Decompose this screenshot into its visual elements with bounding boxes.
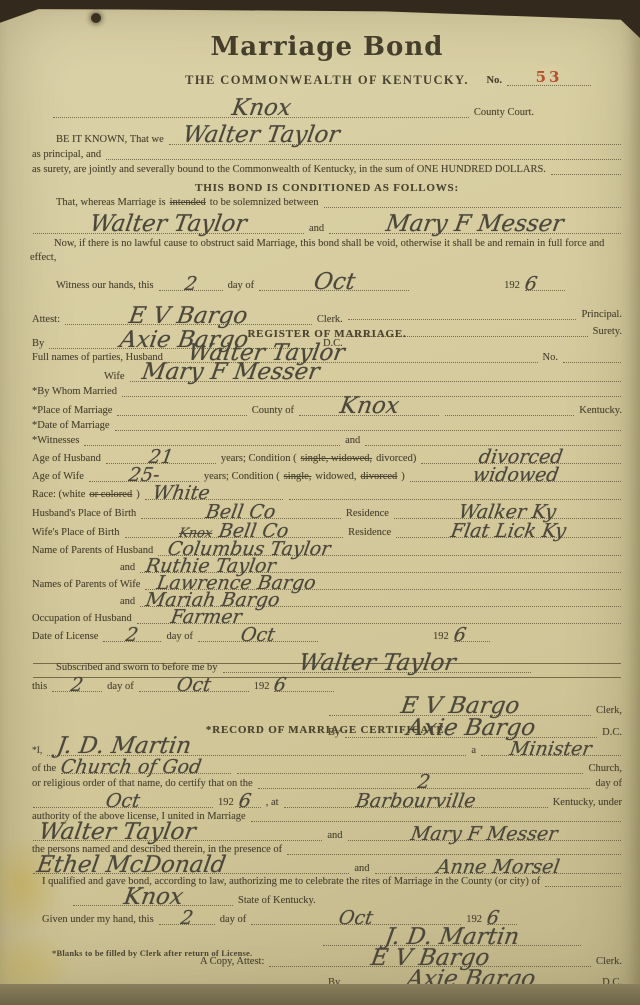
husband-birth-handwritten: Bell Co xyxy=(205,504,277,520)
license-day-line: 2 xyxy=(103,627,161,642)
scanned-marriage-bond: Marriage Bond THE COMMONWEALTH OF KENTUC… xyxy=(0,0,640,1005)
minister-title-line: Minister xyxy=(481,741,621,756)
void-clause: Now, if there is no lawful cause to obst… xyxy=(30,237,624,265)
license-year-line: 6 xyxy=(454,627,490,642)
church-name-handwritten: Church of God xyxy=(60,759,203,775)
and-label: and xyxy=(325,830,344,841)
age-husband-label: Age of Husband xyxy=(30,453,103,464)
sworn-month-line: Oct xyxy=(139,677,249,692)
license-year-handwritten: 6 xyxy=(452,627,467,643)
day-of-label: day of xyxy=(593,778,624,789)
sworn-year-handwritten: 6 xyxy=(273,677,288,693)
license-month-line: Oct xyxy=(198,627,318,642)
wife-name-handwritten: Mary F Messer xyxy=(140,363,320,383)
husband-birth-line: Bell Co xyxy=(141,504,341,519)
certificate-month-line: Oct xyxy=(33,793,213,808)
wife-condition-handwritten: widowed xyxy=(471,467,559,483)
at-label: , at xyxy=(264,797,281,808)
sworn-month-handwritten: Oct xyxy=(176,677,212,693)
race-line: White xyxy=(145,485,283,500)
day-of-label: day of xyxy=(218,914,249,925)
wife-residence-line: Flat Lick Ky xyxy=(396,523,621,538)
parents-wife-label: Names of Parents of Wife xyxy=(30,579,142,590)
given-year-line: 6 xyxy=(487,910,517,925)
certificate-year-line: 6 xyxy=(239,793,261,808)
day-of-label: day of xyxy=(164,631,195,642)
clerk-label: Clerk, xyxy=(594,705,624,716)
witness1-name-handwritten: Ethel McDonald xyxy=(35,856,227,876)
certificate-groom-line: Walter Taylor xyxy=(33,823,322,842)
witness2-name-line: Anne Morsel xyxy=(375,859,621,874)
year-printed: 192 xyxy=(431,631,451,642)
given-clause: Given under my hand, this xyxy=(40,914,156,925)
sworn-day-handwritten: 2 xyxy=(70,677,85,693)
given-day-handwritten: 2 xyxy=(179,910,194,926)
age-husband-handwritten: 21 xyxy=(147,449,174,465)
and-label: and xyxy=(118,562,137,573)
order-clause: or religious order of that name, do cert… xyxy=(30,778,255,789)
place-line xyxy=(117,412,246,416)
occupation-line: Farmer xyxy=(137,609,621,624)
i-label: *I, xyxy=(30,746,44,756)
certificate-month-handwritten: Oct xyxy=(105,793,141,809)
wife-name-line: Mary F Messer xyxy=(130,363,621,382)
line xyxy=(545,883,621,887)
this-label: this xyxy=(30,681,49,692)
certificate-day-handwritten: 2 xyxy=(417,774,432,790)
place-of-marriage-label: *Place of Marriage xyxy=(30,405,114,416)
kentucky-label: Kentucky. xyxy=(577,405,624,416)
subscribed-label: Subscribed and sworn to before me by xyxy=(54,662,220,673)
given-month-handwritten: Oct xyxy=(338,910,374,926)
husband-mother-line: Ruthie Taylor xyxy=(140,558,621,573)
occupation-handwritten: Farmer xyxy=(169,609,242,625)
race-close: ) xyxy=(134,489,142,500)
husband-condition-struck: single, widowed, xyxy=(299,453,374,464)
race-handwritten: White xyxy=(151,485,210,501)
bond-year-line: 6 xyxy=(525,276,565,291)
bond-number: No. 53 xyxy=(485,68,594,86)
principal-name-handwritten: Walter Taylor xyxy=(181,126,340,146)
church-label: Church, xyxy=(586,763,624,774)
certificate-heading: *RECORD OF MARRIAGE CERTIFICATE. xyxy=(204,724,450,736)
county-name-handwritten: Knox xyxy=(230,99,292,119)
wife-label: Wife xyxy=(102,371,127,382)
wife-condition-mid: widowed, xyxy=(313,471,358,482)
register-section: REGISTER OF MARRIAGE. Full names of part… xyxy=(30,324,624,678)
condition-pre-label: years; Condition ( xyxy=(219,453,299,464)
bride-name-line: Mary F Messer xyxy=(329,215,621,234)
kentucky-under-label: Kentucky, under xyxy=(551,797,624,808)
be-it-known-label: BE IT KNOWN, That we xyxy=(54,134,166,145)
sworn-day-line: 2 xyxy=(52,677,102,692)
age-wife-handwritten: 25- xyxy=(127,467,160,483)
of-the-label: of the xyxy=(30,763,58,774)
date-line xyxy=(115,427,621,431)
bond-day-line: 2 xyxy=(159,276,223,291)
condition-pre-label: years; Condition ( xyxy=(202,471,282,482)
husband-residence-line: Walker Ky xyxy=(394,504,621,519)
scan-edge-bottom xyxy=(0,984,640,1005)
year-printed: 192 xyxy=(216,797,236,808)
bond-number-label: No. xyxy=(485,75,504,86)
groom-name-handwritten: Walter Taylor xyxy=(89,215,248,235)
register-heading: REGISTER OF MARRIAGE. xyxy=(245,328,408,340)
wife-condition-struck2: divorced xyxy=(359,471,400,482)
residence-label: Residence xyxy=(344,508,391,519)
wife-father-line: Lawrence Bargo xyxy=(145,575,621,590)
and-label: and xyxy=(118,596,137,607)
bond-number-value: 53 xyxy=(536,68,563,86)
wife-residence-handwritten: Flat Lick Ky xyxy=(450,523,567,539)
given-month-line: Oct xyxy=(251,910,461,925)
wife-condition-line: widowed xyxy=(410,467,621,482)
principal-name-line: Walter Taylor xyxy=(169,126,621,145)
wife-birth-line: Knox Bell Co xyxy=(125,523,344,538)
race-struck: or colored xyxy=(87,489,134,500)
commonwealth-heading: THE COMMONWEALTH OF KENTUCKY. xyxy=(185,73,469,88)
line xyxy=(289,496,621,500)
witness1-line xyxy=(84,442,340,446)
and-label: and xyxy=(352,863,371,874)
husband-father-line: Columbus Taylor xyxy=(158,541,621,556)
clerk-signature-line: E V Bargo xyxy=(65,307,312,326)
surety-blank-line xyxy=(106,156,621,160)
register-no-label: No. xyxy=(541,352,560,363)
age-wife-label: Age of Wife xyxy=(30,471,86,482)
bond-year-handwritten: 6 xyxy=(524,276,539,292)
race-label-pre: Race: (white xyxy=(30,489,87,500)
husband-birth-label: Husband's Place of Birth xyxy=(30,508,138,519)
wife-birth-label: Wife's Place of Birth xyxy=(30,527,122,538)
line xyxy=(445,412,574,416)
conditioned-heading: THIS BOND IS CONDITIONED AS FOLLOWS: xyxy=(193,182,461,194)
husband-condition-handwritten: divorced xyxy=(478,449,564,465)
sworn-name-handwritten: Walter Taylor xyxy=(297,654,456,674)
license-day-handwritten: 2 xyxy=(125,627,140,643)
bond-section: Marriage Bond THE COMMONWEALTH OF KENTUC… xyxy=(30,32,624,349)
qualified-county-handwritten: Knox xyxy=(122,888,184,908)
principal-label: Principal. xyxy=(579,309,624,320)
bond-day-handwritten: 2 xyxy=(183,276,198,292)
minister-name-handwritten: J. D. Martin xyxy=(56,737,193,757)
church-name-line: Church of God xyxy=(61,759,231,774)
document-title: Marriage Bond xyxy=(211,32,444,62)
a-label: a xyxy=(469,745,478,756)
marriage-county-line: Knox xyxy=(299,397,439,416)
clerk-footnote: *Blanks to be filled by Clerk after retu… xyxy=(52,948,252,958)
certificate-bride-handwritten: Mary F Messer xyxy=(410,826,559,842)
state-of-kentucky-label: State of Kentucky. xyxy=(236,895,318,906)
certificate-day-line: 2 xyxy=(258,774,591,789)
county-of-label: County of xyxy=(250,405,296,416)
marriage-place-line: Barbourville xyxy=(284,793,548,808)
husband-residence-handwritten: Walker Ky xyxy=(458,504,557,520)
line xyxy=(324,204,621,208)
punch-hole xyxy=(91,13,101,23)
witnesses-label: *Witnesses xyxy=(30,435,81,446)
surety-clause: as surety, are jointly and severally bou… xyxy=(30,164,548,175)
license-date-label: Date of License xyxy=(30,631,100,642)
marriage-place-handwritten: Barbourville xyxy=(355,793,477,809)
county-court-label: County Court. xyxy=(472,107,536,118)
as-principal-label: as principal, and xyxy=(30,149,103,160)
day-of-label: day of xyxy=(226,280,257,291)
line xyxy=(287,851,621,855)
copy-clerk-signature-line: E V Bargo xyxy=(269,949,591,968)
parents-husband-label: Name of Parents of Husband xyxy=(30,545,155,556)
certificate-bride-line: Mary F Messer xyxy=(348,826,621,841)
whereas-clause-pre: That, whereas Marriage is xyxy=(54,197,168,208)
whereas-struck-word: intended xyxy=(168,197,208,208)
line xyxy=(551,171,621,175)
bride-name-handwritten: Mary F Messer xyxy=(385,215,565,235)
given-day-line: 2 xyxy=(159,910,215,925)
marriage-county-handwritten: Knox xyxy=(338,397,400,417)
wife-mother-line: Mariah Bargo xyxy=(140,592,621,607)
line xyxy=(251,818,621,822)
license-month-handwritten: Oct xyxy=(240,627,276,643)
county-line: Knox xyxy=(53,99,469,118)
and-label: and xyxy=(307,223,326,234)
witness2-name-handwritten: Anne Morsel xyxy=(435,859,560,875)
occupation-label: Occupation of Husband xyxy=(30,613,134,624)
wife-condition-struck1: single, xyxy=(282,471,314,482)
year-printed: 192 xyxy=(502,280,522,291)
age-husband-line: 21 xyxy=(106,449,216,464)
by-whom-married-label: *By Whom Married xyxy=(30,386,119,397)
clerk-label: Clerk. xyxy=(594,956,624,967)
day-of-label: day of xyxy=(105,681,136,692)
sworn-year-line: 6 xyxy=(274,677,334,692)
certificate-year-handwritten: 6 xyxy=(237,793,252,809)
witnesses-and-label: and xyxy=(343,435,362,446)
certificate-groom-handwritten: Walter Taylor xyxy=(37,823,196,843)
wife-birth-handwritten: Bell Co xyxy=(217,523,289,539)
paren-close: ) xyxy=(399,471,407,482)
bond-month-handwritten: Oct xyxy=(312,273,356,293)
sworn-clerk-signature-line: E V Bargo xyxy=(329,697,591,716)
residence-label: Residence xyxy=(346,527,393,538)
minister-signature-line: J. D. Martin xyxy=(323,928,581,947)
principal-signature-line xyxy=(348,316,577,320)
groom-name-line: Walter Taylor xyxy=(33,215,304,234)
bond-month-line: Oct xyxy=(259,273,409,292)
minister-title-handwritten: Minister xyxy=(509,741,593,757)
husband-condition-line: divorced xyxy=(421,449,621,464)
whereas-clause-post: to be solemnized between xyxy=(208,197,321,208)
qualified-county-line: Knox xyxy=(73,888,233,907)
witness-hands-label: Witness our hands, this xyxy=(54,280,156,291)
year-printed: 192 xyxy=(252,681,272,692)
minister-name-line: J. D. Martin xyxy=(47,737,466,756)
date-of-marriage-label: *Date of Marriage xyxy=(30,420,112,431)
bond-number-line: 53 xyxy=(507,68,591,86)
sworn-name-line: Walter Taylor xyxy=(223,654,531,673)
witness1-name-line: Ethel McDonald xyxy=(33,856,349,875)
age-wife-line: 25- xyxy=(89,467,199,482)
husband-condition-rest: divorced) xyxy=(374,453,418,464)
